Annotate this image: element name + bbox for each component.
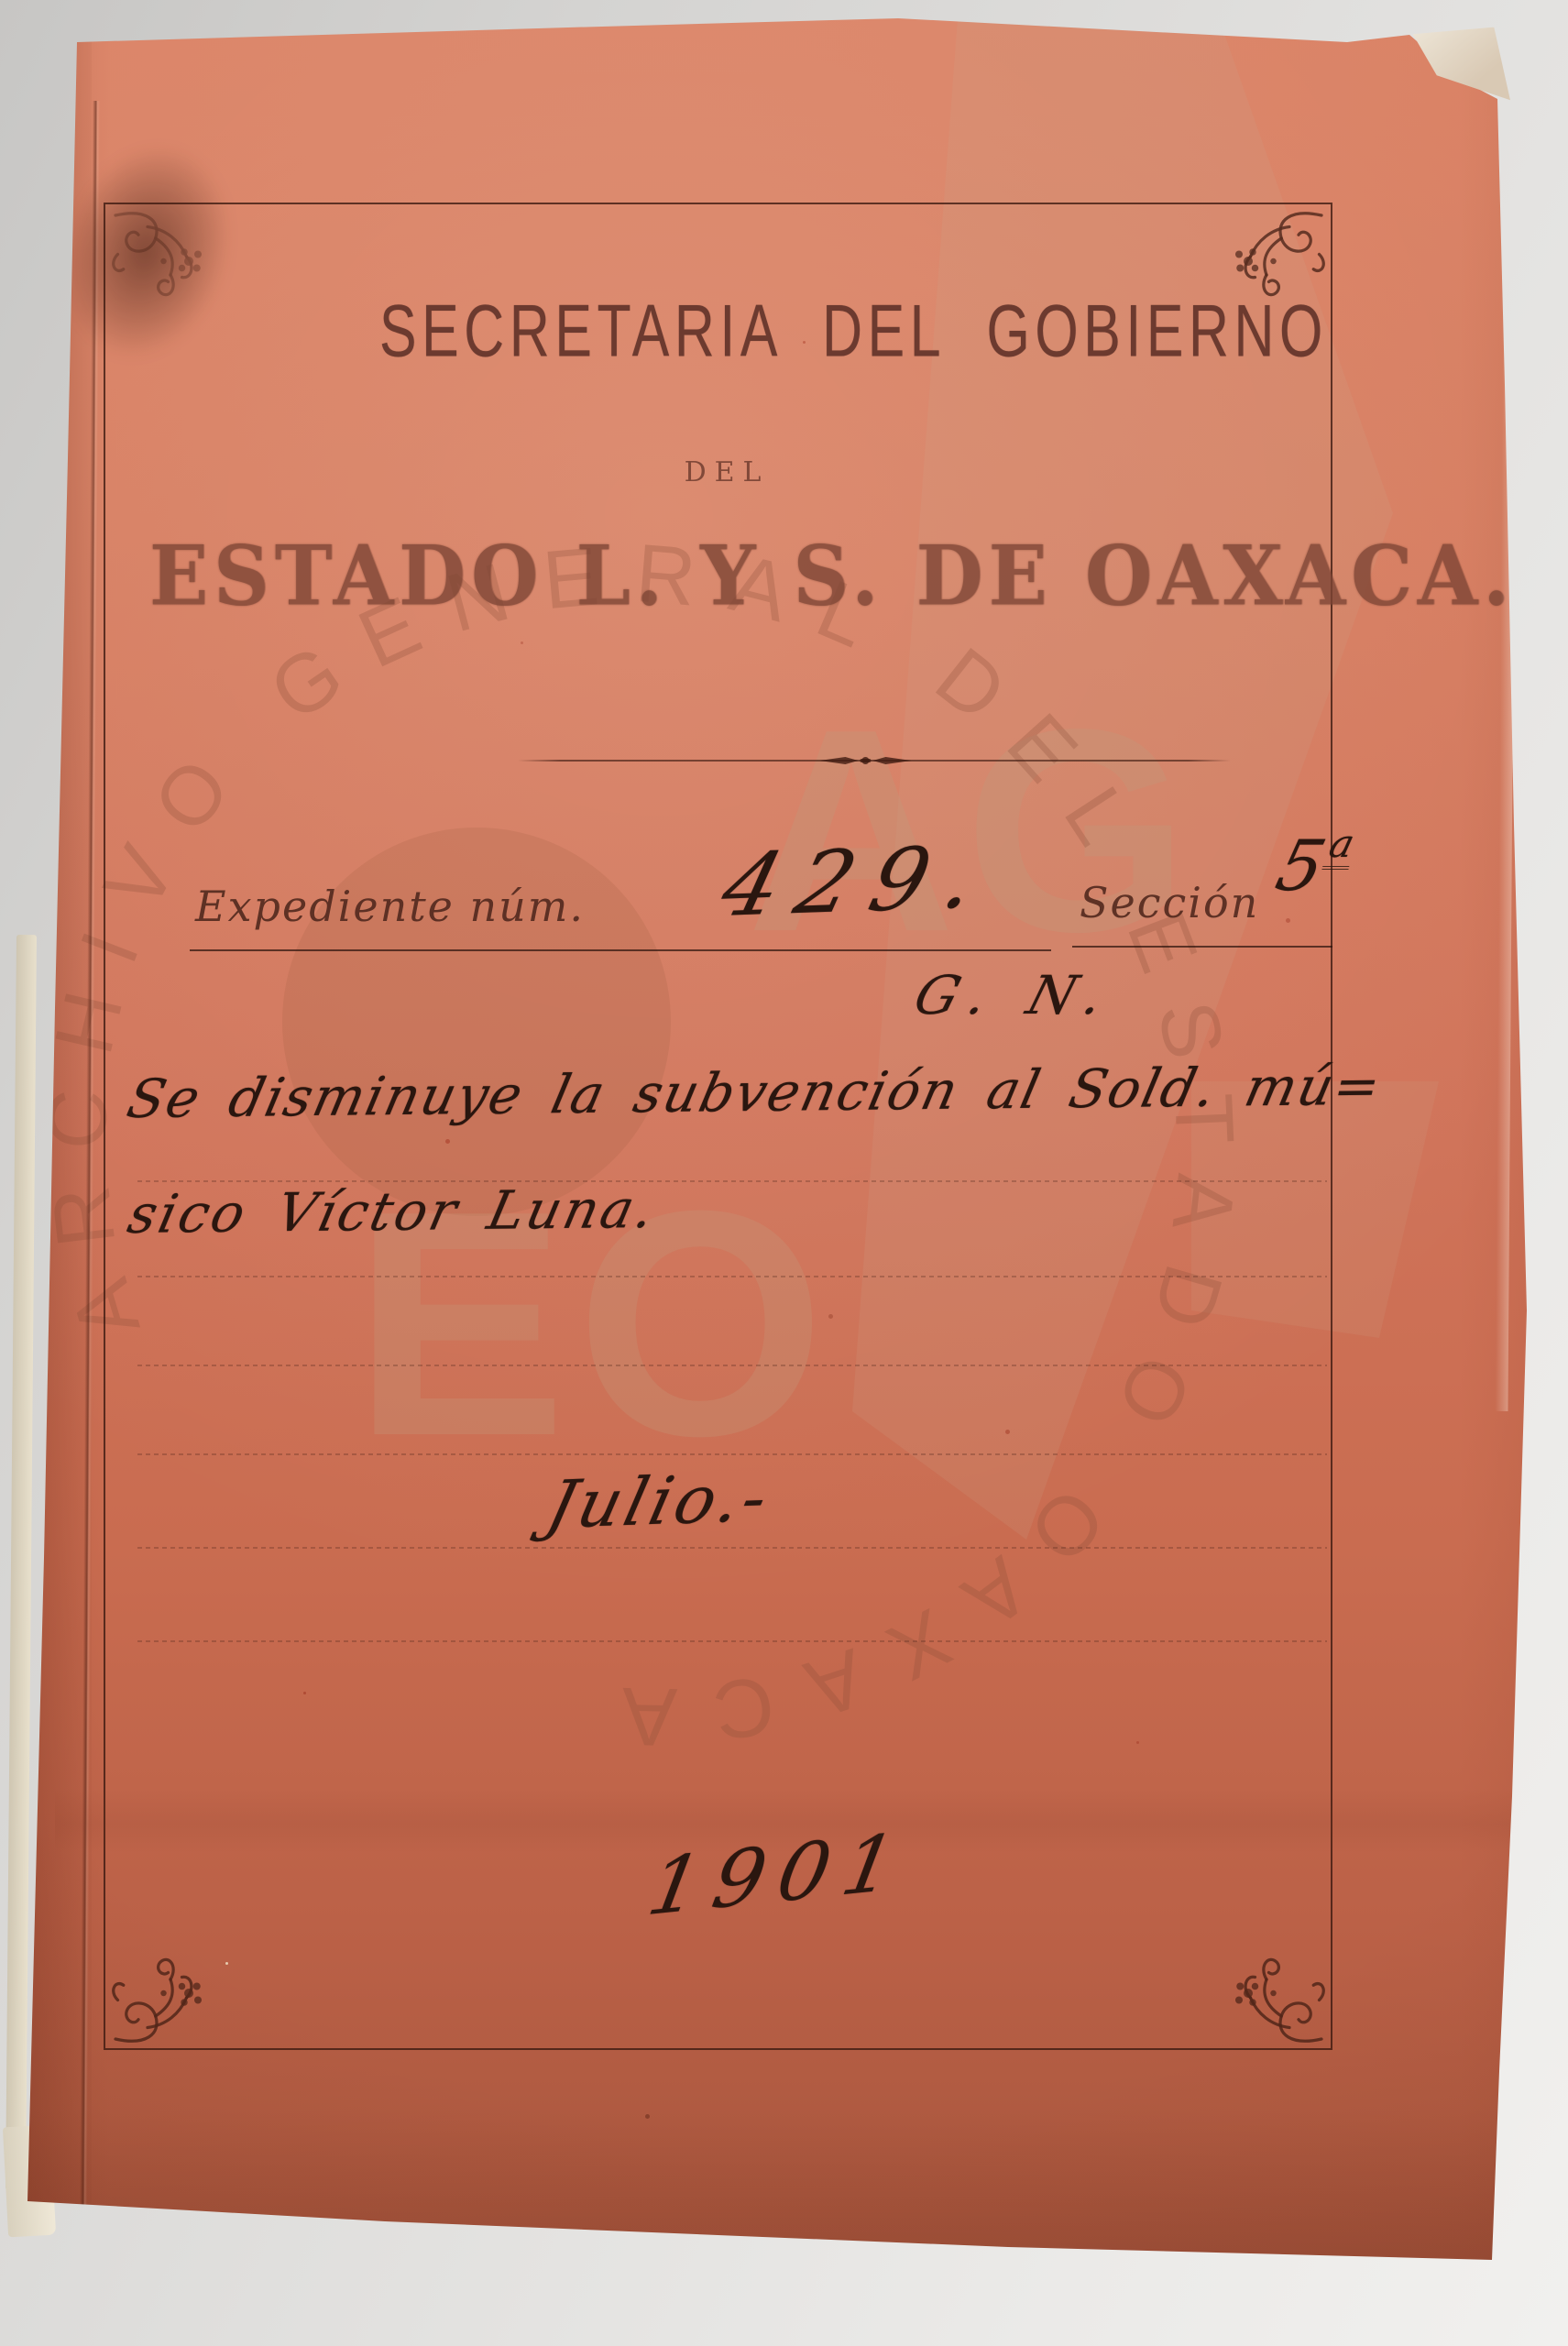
under-pages-left-edge (5, 935, 37, 2190)
photo-vignette (0, 0, 1568, 2346)
folder-cover: AG EO ARCHIVO GENERAL DEL ESTADO OAXACA … (0, 0, 1568, 2346)
paper-specks (0, 0, 3, 3)
